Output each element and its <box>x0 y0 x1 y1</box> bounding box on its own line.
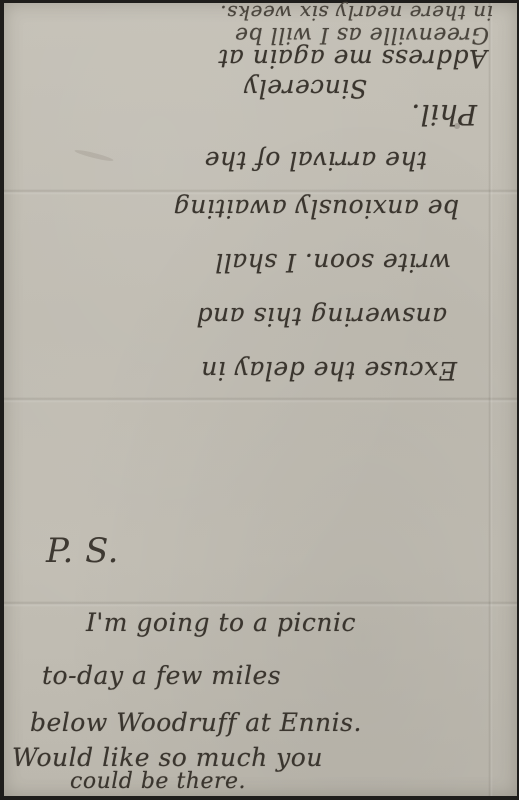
letter-line: I'm going to a picnic <box>86 608 356 637</box>
letter-line: the arrival of the <box>204 146 427 175</box>
upright-text-section: P. S. I'm going to a picnic to-day a few… <box>4 403 517 796</box>
letter-line: Address me again at <box>218 44 487 73</box>
scan-background: Excuse the delay in answering this and w… <box>0 0 519 800</box>
letter-line: Would like so much you <box>12 743 323 772</box>
signoff: Sincerely <box>244 74 367 103</box>
letter-line: could be there. <box>70 769 246 794</box>
letter-line: below Woodruff at Ennis. <box>30 708 362 737</box>
letter-line: Excuse the delay in <box>201 356 457 385</box>
letter-line: be anxiously awaiting <box>173 194 459 223</box>
letter-line: to-day a few miles <box>42 661 281 690</box>
inverted-text-section: Excuse the delay in answering this and w… <box>4 3 517 403</box>
letter-line: write soon. I shall <box>215 248 451 277</box>
letter-page: Excuse the delay in answering this and w… <box>4 3 517 796</box>
letter-line: in there nearly six weeks. <box>220 1 493 25</box>
letter-line: answering this and <box>196 302 447 331</box>
letter-line: Greenville as I will be <box>235 22 489 47</box>
signature: Phil. <box>411 98 477 131</box>
postscript-label: P. S. <box>46 531 119 571</box>
